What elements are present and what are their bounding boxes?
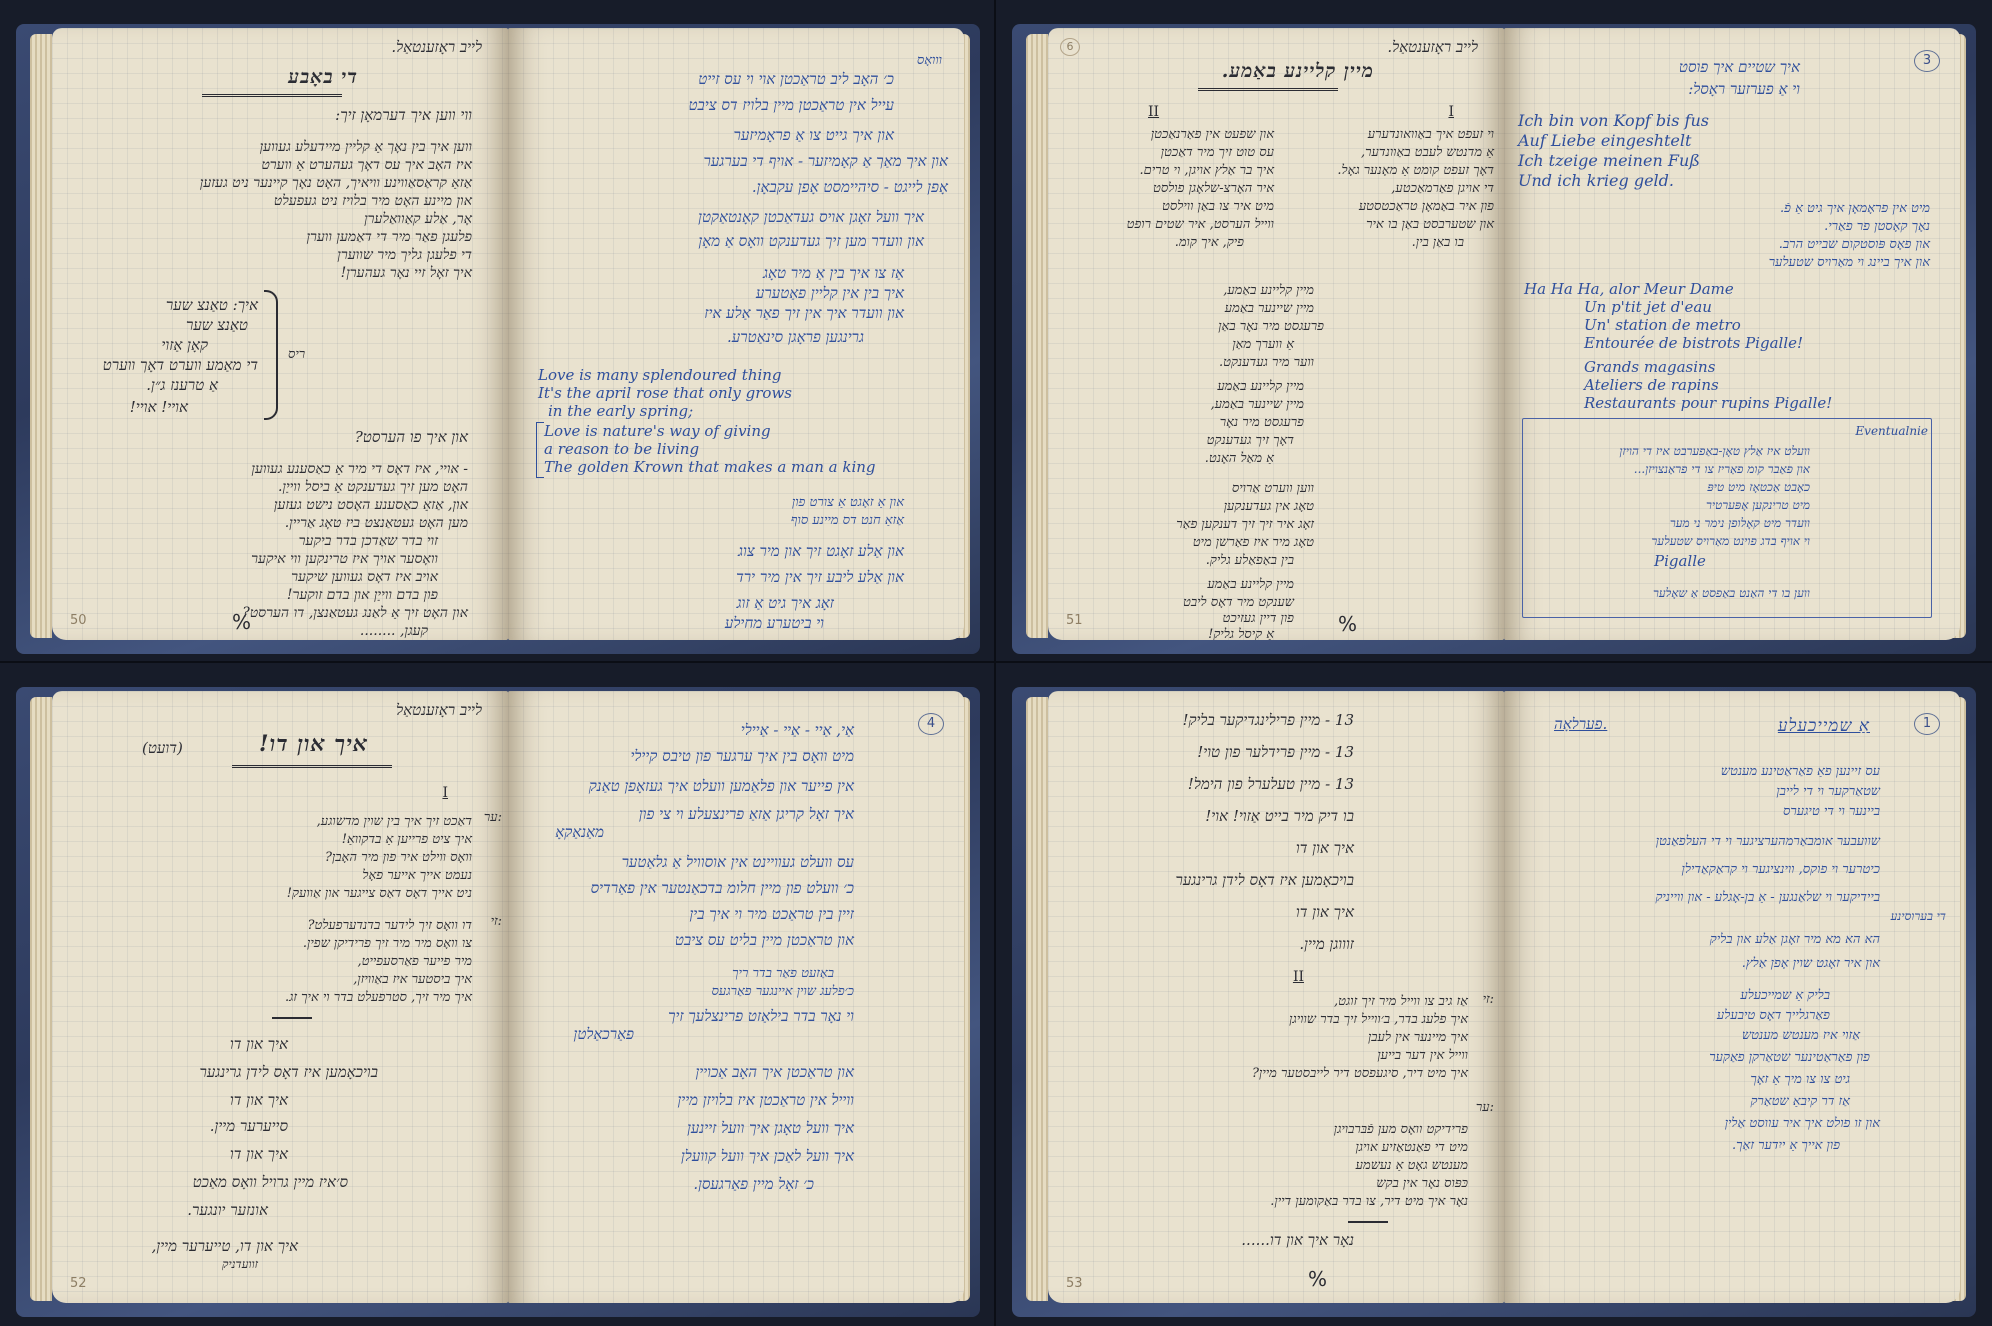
verse-line: טאָג מיר איז פאַרשן מיט	[1193, 534, 1314, 552]
verse-line: 13 - מיין פרילינגדיקער בליק!	[1182, 711, 1354, 729]
open-notebook: לייב ראָזענטאַל איך און דו! (דועט) I ער:…	[30, 681, 970, 1311]
german-lyric-line: Auf Liebe eingeshtelt	[1518, 132, 1691, 150]
notebook-photo-bottom-left: לייב ראָזענטאַל איך און דו! (דועט) I ער:…	[0, 663, 996, 1326]
verse-line: די אויגן פאַרמאַכטע,	[1391, 180, 1494, 198]
song-title: אַ שמייכעלע	[1778, 717, 1870, 735]
verse-line: און זו פולט איך איר עווסט אַלין	[1725, 1115, 1880, 1133]
refrain-line: בויכאָמען איז דאָס לידן גרינגער	[200, 1063, 378, 1081]
verse-line: מיט איר צו באַן ווילסט	[1162, 198, 1274, 216]
verse-line: וי ביטערע מחילע	[725, 614, 824, 632]
verse-line: הא הא מא מיר זאָגן אַלע און בליק	[1710, 931, 1880, 949]
verse-line: און פאָס פּוסטקום שבייט הרב.	[1779, 236, 1930, 254]
verse-line: און איר זאָגט שוין אָפן אַלץ.	[1742, 955, 1880, 973]
open-notebook: 13 - מיין פרילינגדיקער בליק! 13 - מיין פ…	[1026, 681, 1966, 1311]
refrain-line: קאָן אַזוי	[161, 336, 208, 354]
speaker-label: זי:	[1483, 991, 1494, 1009]
song-title: איך און דו!	[259, 735, 368, 753]
refrain-line: איך: טאַנצ שער	[166, 296, 258, 314]
circled-page-number: 3	[1914, 50, 1940, 72]
verse-line: עס טוט זיך מיר דאַכטן	[1161, 144, 1274, 162]
verse-line: מיין קליינע באַמע	[1207, 576, 1294, 594]
open-notebook: 6 לייב ראָזענטאַל. מיין קליינע באַמע. I …	[1026, 18, 1966, 648]
verse-line: נעמט אייך אייער פאָל	[362, 867, 472, 885]
german-lyric-line: Und ich krieg geld.	[1518, 172, 1674, 190]
refrain-line: פרעגסט מיר נאָר באַן	[1218, 318, 1324, 336]
verse-line: אַז גיב צו ווייל מיר זיך זוגט,	[1334, 993, 1468, 1011]
french-lyric-line: Ateliers de rapins	[1584, 376, 1719, 394]
verse-line: כיטרער וי פוקס, ווינציגער וי קראַקאַדילן	[1682, 861, 1880, 879]
closing-line: נאָר איך און דו......	[1241, 1231, 1354, 1249]
verse-line: ווען איך בין נאָך אַ קליין מיידעלע געווע…	[260, 138, 472, 156]
box-label: Eventualnie	[1855, 422, 1928, 440]
refrain-line: אויי! אויי!	[130, 398, 188, 416]
verse-line: כ׳פלעג שוין איינגער פאַרגעס	[712, 983, 854, 1001]
verse-line: און אַלע זאָגט זיך און מיר צוג	[738, 542, 904, 560]
verse-line: איך וועל לאַכן איך וועל קוועלן	[681, 1147, 854, 1165]
title-underline	[1198, 88, 1338, 91]
refrain-line: ווער מיר געדענקט.	[1219, 354, 1314, 372]
verse-line: 13 - מיין טעלערל פון הימל!	[1188, 775, 1354, 793]
corner-note: פערלאָה.	[1554, 715, 1607, 733]
verse-line: זאָג איך גיט אַ זוג	[737, 594, 834, 612]
verse-line: אַז דר קיבאַ שטאַרק	[1750, 1093, 1850, 1111]
notebook-photo-top-right: 6 לייב ראָזענטאַל. מיין קליינע באַמע. I …	[996, 0, 1992, 663]
verse-line: אויב איז דאָס געווען שיקער	[291, 568, 438, 586]
verse-line: מיט וואָס בין איך ערגער פון טיבס קיילי	[630, 747, 854, 765]
verse-line: און איך גייט צו אַ פראָמיזער	[734, 126, 894, 144]
verse-line: איך וועל זאָגן אויס געדאַכטן קאָנטאַקטן	[698, 208, 924, 226]
lyric-bracket	[536, 422, 544, 478]
verse-line: טאָג אין געדענקען	[1224, 498, 1314, 516]
notebook-photo-bottom-right: 13 - מיין פרילינגדיקער בליק! 13 - מיין פ…	[996, 663, 1992, 1326]
verse-line: דו וואָס זיך לידער בדנדערפעלט?	[308, 917, 473, 935]
verse-line: ווי ווען איך דערמאָן זיך:	[335, 106, 472, 124]
verse-line: מען האָט געטאַנצט ביז טאָג אַריין.	[285, 514, 468, 532]
section-number: I	[442, 785, 448, 801]
left-page: לייב ראָזענטאַל איך און דו! (דועט) I ער:…	[52, 691, 508, 1303]
author-signature: לייב ראָזענטאַל	[396, 701, 482, 719]
verse-line: איך מיר זיך, סטרפעלט בדר וי איך זג.	[285, 989, 472, 1007]
refrain-line: איך און דו	[230, 1035, 288, 1053]
verse-line: קעגן, ........	[360, 622, 428, 640]
verse-line: גרינגען פראָגן סינאַטרע.	[727, 328, 864, 346]
verse-line: כּפּוס נאָר אין בקש	[1376, 1175, 1468, 1193]
intro-line: וי אַ פערזער ראָסל:	[1688, 80, 1800, 98]
page-number: 52	[70, 1276, 87, 1291]
page-edges-left	[30, 697, 52, 1301]
speaker-label: ער:	[484, 809, 502, 827]
english-lyric-line: in the early spring;	[548, 402, 693, 420]
verse-line: וועלט איז אַלץ טאָן-באַפערבט איז די הויז…	[1619, 442, 1810, 460]
corner-note: ווואָס	[917, 52, 942, 70]
verse-line: וועדר מיט קאָלופן נימר ני מער	[1670, 514, 1810, 532]
right-page: ווואָס 2 כ׳ האָב ליב טראַכטן אוי וי עס ז…	[508, 28, 964, 640]
verse-line: דאָך זעפט קומט אַ מאָנער גאָל.	[1337, 162, 1494, 180]
verse-line: איך און דו	[1296, 903, 1354, 921]
verse-line: ווייל אין דער בייען	[1377, 1047, 1468, 1065]
verse-line: מיט די פאַנטאַזיע אויגן	[1355, 1139, 1468, 1157]
verse-line: בין באַפאַלע גליק.	[1206, 552, 1294, 570]
verse-line: וי נאָר בדר בילאַזט פרינצלעך זיך	[668, 1007, 854, 1025]
refrain-line: זוועדניק	[222, 1255, 258, 1273]
verse-line: מאַנאַקאָ	[555, 823, 604, 841]
verse-line: בליק אַ שמייכעלע	[1740, 987, 1830, 1005]
verse-line: עס וועלט געוויינט אין אוסוויל אַ גלאַטער	[622, 853, 854, 871]
verse-line: איז האָב איך עס דאָך געהערט אַ ווערט	[261, 156, 472, 174]
title-underline	[202, 94, 342, 97]
refrain-line: אונזער יונגער.	[187, 1201, 268, 1219]
verse-line: זוי בדר שאַדכן בדר ביקער	[299, 532, 438, 550]
verse-line: און אַ זאָגט אַ צורט פון	[792, 494, 904, 512]
verse-line: פון אייך אַ ייִדער זאַך.	[1732, 1137, 1840, 1155]
end-mark: %	[1308, 1267, 1327, 1291]
verse-line: איך ביסטער איז באַוויזן,	[353, 971, 472, 989]
verse-line: און וועדר מען זיך געדענקט וואָס אַ מאָן	[698, 232, 924, 250]
verse-line: מענטש גאָט אַ נעשמע	[1356, 1157, 1468, 1175]
french-lyric-line: Ha Ha Ha, alor Meur Dame	[1524, 280, 1734, 298]
verse-line: און מיינע האָט מיר בלויז ניט געפעלט	[274, 192, 472, 210]
verse-line: איך בר אַלץ אויגן, וי טרים.	[1140, 162, 1274, 180]
verse-line: אַי, אַיי - אַיי - אַיילי	[741, 721, 854, 739]
speaker-label: ער:	[1476, 1099, 1494, 1117]
refrain-line: סייערער מיין.	[210, 1117, 288, 1135]
verse-line: זוווגן מיין.	[1299, 935, 1354, 953]
refrain-line: מיין קליינע באַמע,	[1223, 282, 1314, 300]
left-page: 13 - מיין פרילינגדיקער בליק! 13 - מיין פ…	[1048, 691, 1504, 1303]
page-number: 53	[1066, 1276, 1083, 1291]
english-lyric-line: a reason to be living	[544, 440, 699, 458]
refrain-line: פרעגסט מיר נאָר	[1220, 414, 1304, 432]
verse-line: אין פייער און פלאַמען וועלט איך געזאָפן …	[589, 777, 854, 795]
verse-line: מיט אין פראָמאָן איך גיט אַ פֿ.	[1780, 200, 1930, 218]
english-lyric-line: Love is many splendoured thing	[538, 366, 782, 384]
verse-line: וי אויף בדג פוינט מאַרויס שטעלער	[1651, 532, 1810, 550]
verse-line: זאָג איר זיך זיך דענקען פאַר	[1176, 516, 1314, 534]
refrain-line: אַ טרענז ג״ן.	[146, 376, 218, 394]
verse-line: און שטערבסט באַן בו איר	[1366, 216, 1494, 234]
notebook-collage: לייב ראָזענטאַל. די באָבע ווי ווען איך ד…	[0, 0, 1992, 1326]
verse-line: גיט צו צו מיך אַ זאָך	[1750, 1071, 1850, 1089]
verse-line: און פאַבר קומ פאַריז צו די פראַנצויזן...	[1634, 460, 1810, 478]
verse-line: אָפן לייגט - סיהיימסט אָפן עקבאָן.	[752, 178, 948, 196]
song-title: מיין קליינע באַמע.	[1222, 62, 1374, 80]
verse-line: און, אַזאַ כאַסענע האָסט נישט געזען	[274, 496, 468, 514]
verse-line: בו דיק מיר בייט אַזוי! אוי!	[1205, 807, 1354, 825]
divider	[1348, 1221, 1388, 1223]
verse-line: כ׳ האָב ליב טראַכטן אוי וי עס זייט	[698, 70, 894, 88]
speaker-label: זי:	[491, 913, 502, 931]
french-lyric-line: Restaurants pour rupins Pigalle!	[1584, 394, 1832, 412]
verse-line: און וועדר איך אין זיך פאַר אַלע איז	[704, 304, 904, 322]
verse-line: בו באַן בין.	[1412, 234, 1464, 252]
author-signature: לייב ראָזענטאַל.	[1387, 38, 1478, 56]
verse-line: אַזאַ חנט דס מיינע סוף	[791, 512, 904, 530]
circled-page-number: 1	[1914, 713, 1940, 735]
french-lyric-line: Entourée de bistrots Pigalle!	[1584, 334, 1803, 352]
verse-line: מיט טרינקען אָפּערטיר	[1706, 496, 1810, 514]
verse-line: Pigalle	[1654, 552, 1706, 570]
verse-line: אַזאַ קראַסאַווינע וויאיך, האָט נאָך קיי…	[200, 174, 472, 192]
verse-line: שטאַרקער וי די לייבן	[1776, 783, 1880, 801]
refrain-line: דאָך זיך געדענקט	[1207, 432, 1294, 450]
page-edges-left	[30, 34, 52, 638]
right-page: 3 איך שטיים איך פוסט וי אַ פערזער ראָסל:…	[1504, 28, 1960, 640]
page-edges-left	[1026, 697, 1048, 1301]
verse-line: פרידיקט וואָס מען פֿבּרבויגן	[1334, 1121, 1468, 1139]
english-lyric-line: Love is nature's way of giving	[544, 422, 771, 440]
verse-line: ביידיקער וי שלאַנגען - אַ בן-אָגלע - און…	[1655, 889, 1880, 907]
verse-line: וואָס ווילט איר פון מיר האָבן?	[325, 849, 472, 867]
section-number: II	[1293, 969, 1304, 985]
verse-line: האָט מען זיך געדענקט אַ ביסל ווייַן.	[278, 478, 468, 496]
page-number: 50	[70, 613, 87, 628]
refrain-line: איך און דו, טייערער מיין,	[152, 1237, 298, 1255]
verse-line: איך בין אין קליין פאַטערע	[756, 284, 904, 302]
verse-line: עס זיינען פאַ פאַראַטינע מענטש	[1721, 763, 1880, 781]
refrain-line: די מאַמע ווערט דאָך ווערט	[103, 356, 258, 374]
verse-line: ווען ווערט אַרויס	[1232, 480, 1314, 498]
verse-line: בויכאָמען איז דאָס לידן גרינגער	[1176, 871, 1354, 889]
end-mark: %	[232, 610, 251, 634]
left-page: 6 לייב ראָזענטאַל. מיין קליינע באַמע. I …	[1048, 28, 1504, 640]
verse-line: באַזעט פאַר בדר ריך	[732, 965, 834, 983]
verse-line: אָר, אַלע קאַוואַלערן	[364, 210, 472, 228]
verse-line: שוועבער אומבאַרמהערציגער וי די העלפאַנטן	[1656, 833, 1880, 851]
verse-line: וואָסער אויך איז טרינקען ווי איקער	[251, 550, 438, 568]
verse-line: פאַרגלייך דאָס טיבעלע	[1717, 1007, 1830, 1025]
author-signature: לייב ראָזענטאַל.	[391, 38, 482, 56]
refrain-line: אַ מאַל האָנט.	[1205, 450, 1274, 468]
verse-line: איך ציט פרייען אַ בדקוואַ!	[342, 831, 472, 849]
german-lyric-line: Ich bin von Kopf bis fus	[1518, 112, 1709, 130]
page-edges-left	[1026, 34, 1048, 638]
verse-line: איך מיט דיר, סיגעפסט דיר לייבסטער מיין?	[1252, 1065, 1468, 1083]
divider	[272, 1017, 312, 1019]
refrain-line: מיין שיינער באַמע,	[1211, 396, 1304, 414]
verse-line: פאַרכאַלטן	[574, 1025, 634, 1043]
verse-line: 13 - מיין פרידלער פון טוי!	[1197, 743, 1354, 761]
verse-line: עייל אין טראַכטן מיין בלויז דס ציבט	[688, 96, 894, 114]
notebook-photo-top-left: לייב ראָזענטאַל. די באָבע ווי ווען איך ד…	[0, 0, 996, 663]
verse-line: און איך ביינג וי מאַרויס שטעלער	[1769, 254, 1930, 272]
section-number: II	[1148, 104, 1159, 120]
verse-line: פון בדם ווייַן און בדם זוקער!	[287, 586, 438, 604]
verse-line: איך פלעג בדר, ב׳ווייל זיך בדר שוויגן	[1289, 1011, 1468, 1029]
title-note: (דועט)	[142, 739, 183, 757]
verse-line: און איך מאַך אַ קאָמיזער - אויף די בערגע…	[704, 152, 948, 170]
margin-note: די בערוסינע	[1891, 907, 1946, 925]
page-number: 51	[1066, 613, 1083, 628]
english-lyric-line: It's the april rose that only grows	[538, 384, 792, 402]
verse-line: און איך פו הערסט?	[355, 428, 468, 446]
verse-line: נאָך קאָסטן פר פאַרי.	[1824, 218, 1930, 236]
right-page: 4 אַי, אַיי - אַיי - אַיילי מיט וואָס בי…	[508, 691, 964, 1303]
french-lyric-line: Grands magasins	[1584, 358, 1715, 376]
english-lyric-line: The golden Krown that makes a man a king	[544, 458, 876, 476]
verse-line: אַזוי איז מענטש מענטש	[1742, 1027, 1860, 1045]
end-mark: %	[1338, 612, 1357, 636]
verse-line: און טראַכטן איך האָב אַכויין	[695, 1063, 854, 1081]
verse-line: צו וואָס מיר מיר זיך פרידיקן שפין.	[303, 935, 472, 953]
intro-line: איך שטיים איך פוסט	[1679, 58, 1800, 76]
song-title: די באָבע	[288, 68, 358, 86]
circled-page-number: 4	[918, 713, 944, 735]
verse-line: איר האָרצ-שלאָגן פולסט	[1153, 180, 1274, 198]
verse-line: און טראַכטן מיין בליט עס ציבט	[675, 931, 854, 949]
refrain-label: ריס	[288, 346, 305, 364]
verse-line: אַ קיסל גליק!	[1208, 626, 1274, 640]
verse-line: פון איר באַמאָן טראַכטסטע	[1359, 198, 1494, 216]
verse-line: ווייל הערסט, איר שטים רופט	[1127, 216, 1274, 234]
verse-line: ווען בו די האַנט באַפסט אַ שאָלער	[1653, 584, 1810, 602]
refrain-bracket	[264, 290, 278, 420]
verse-line: ווייל אין טראַכטן איז בלויזן מיין	[677, 1091, 854, 1109]
verse-line: כ׳ וועלט פון מיין חלומ בדכאַנטער אין פאַ…	[591, 879, 854, 897]
verse-line: און אַלע ליבע זיך אין מיר ירד	[736, 568, 904, 586]
circled-page-number: 6	[1060, 38, 1080, 56]
refrain-line: טאַנצ שער	[186, 316, 248, 334]
verse-line: און האָט זיך אַ לאַנג געטאַנצן, דו הערסט…	[242, 604, 468, 622]
french-lyric-line: Un p'tit jet d'eau	[1584, 298, 1712, 316]
refrain-line: איך און דו	[230, 1091, 288, 1109]
refrain-line: מיין שיינער באַמע	[1225, 300, 1314, 318]
verse-line: אַז צו איך בין אַ מיר טאָג	[763, 264, 904, 282]
verse-line: נאָר איך מיט דיר, צו בדר באַקומען דיין.	[1270, 1193, 1468, 1211]
refrain-line: מיין קליינע באַמע	[1217, 378, 1304, 396]
verse-line: פון פאַראַטינער שטאַרקן פאַקער	[1709, 1049, 1870, 1067]
title-underline	[232, 765, 392, 768]
verse-line: איך זאָל זיי נאָר געהערן!	[341, 264, 472, 282]
verse-line: די פלעגן גליך מיר שווערן	[337, 246, 472, 264]
verse-line: אַ מדנטש לעבט באַוונדער,	[1361, 144, 1494, 162]
right-page: פערלאָה. אַ שמייכעלע 1 עס זיינען פאַ פאַ…	[1504, 691, 1960, 1303]
verse-line: וי זעפט איך באַוואונדערע	[1368, 126, 1494, 144]
open-notebook: לייב ראָזענטאַל. די באָבע ווי ווען איך ד…	[30, 18, 970, 648]
verse-line: דאַכט זיך איך בין שוין מדשוגע,	[317, 813, 472, 831]
verse-line: איך וועל טאָגן איך וועל זיינען	[687, 1119, 854, 1137]
verse-line: און שפעט אין פאַרנאַכטן	[1151, 126, 1274, 144]
german-lyric-line: Ich tzeige meinen Fuß	[1518, 152, 1700, 170]
verse-line: איך מיינער אין לעבן	[1368, 1029, 1468, 1047]
verse-line: ביינער וי די טיגערס	[1783, 803, 1880, 821]
section-number: I	[1448, 104, 1454, 120]
refrain-line: ס׳איז מיין גרויל וואָס מאַכט	[193, 1173, 348, 1191]
french-lyric-line: Un' station de metro	[1584, 316, 1741, 334]
verse-line: איך און דו	[1296, 839, 1354, 857]
verse-line: כ׳ זאָל מיין פאַרגעסן.	[693, 1175, 814, 1193]
refrain-line: איך און דו	[230, 1145, 288, 1163]
refrain-line: אַ ווערך מאַן	[1232, 336, 1294, 354]
verse-line: פיק, איך קומ.	[1175, 234, 1244, 252]
left-page: לייב ראָזענטאַל. די באָבע ווי ווען איך ד…	[52, 28, 508, 640]
verse-line: איך זאָל קריגן אַזאַ פרינצעלע וי צי פון	[639, 805, 854, 823]
verse-line: פלעגן פאַר מיר די דאַמען ווערן	[306, 228, 472, 246]
verse-line: זיין בין טראַכט מיר וי איך בין	[689, 905, 854, 923]
verse-line: ניט אייך דאָס דאַס צייגער און אַוועק!	[287, 885, 472, 903]
verse-line: - אויי, איז דאָס די מיר אַ כאַסענע געווע…	[251, 460, 468, 478]
verse-line: כאָבט אַכטאָז מיט טיפּ	[1707, 478, 1810, 496]
verse-line: מיר פייער פאַרסעפייט,	[358, 953, 473, 971]
